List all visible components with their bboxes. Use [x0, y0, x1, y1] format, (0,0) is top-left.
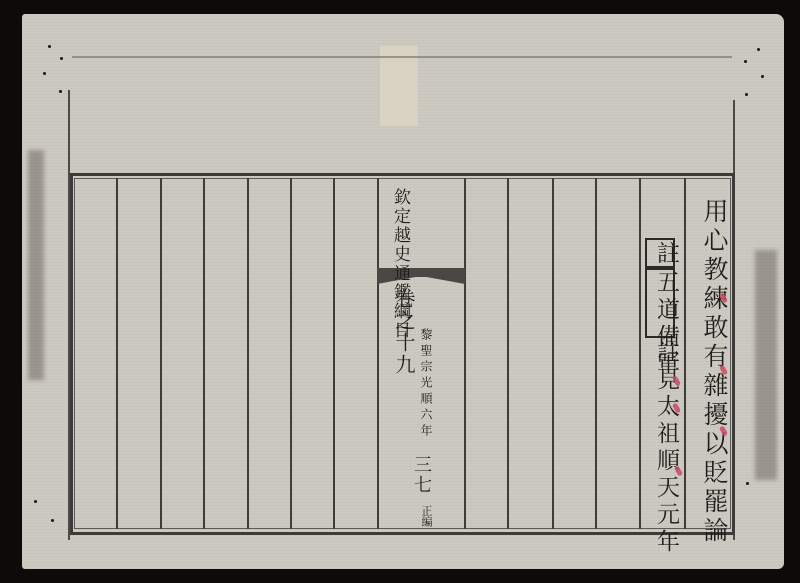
wormhole: [761, 75, 764, 78]
wormhole: [51, 519, 54, 522]
column-rule: [290, 178, 292, 529]
column-rule: [333, 178, 335, 529]
wormhole: [48, 45, 51, 48]
page-number: 三七: [408, 455, 434, 495]
repair-paper-strip: [380, 46, 418, 126]
note-text: 註見太祖順天元年: [653, 340, 679, 556]
center-column-rule-left: [377, 178, 379, 529]
reign-period: 黎聖宗光順六年: [418, 328, 435, 440]
wormhole: [745, 93, 748, 96]
volume-label: 卷之十九: [390, 288, 419, 376]
wormhole: [59, 90, 62, 93]
column-rule: [595, 178, 597, 529]
wormhole: [746, 482, 749, 485]
upper-margin-line: [72, 56, 732, 58]
right-edge-stain: [755, 250, 777, 480]
left-edge-stain: [28, 150, 44, 380]
wormhole: [757, 48, 760, 51]
column-rule: [160, 178, 162, 529]
column-rule: [247, 178, 249, 529]
column-rule: [684, 178, 686, 529]
section-label: 正編: [418, 505, 434, 527]
wormhole: [744, 60, 747, 63]
annotation-label: 註: [650, 241, 683, 268]
column-rule: [203, 178, 205, 529]
center-column-rule-right: [464, 178, 466, 529]
column-rule: [507, 178, 509, 529]
wormhole: [34, 500, 37, 503]
column-rule: [552, 178, 554, 529]
text-column-2-note: 註見太祖順天元年: [650, 340, 683, 556]
wormhole: [43, 72, 46, 75]
wormhole: [60, 57, 63, 60]
column-rule: [639, 178, 641, 529]
column-rule: [116, 178, 118, 529]
